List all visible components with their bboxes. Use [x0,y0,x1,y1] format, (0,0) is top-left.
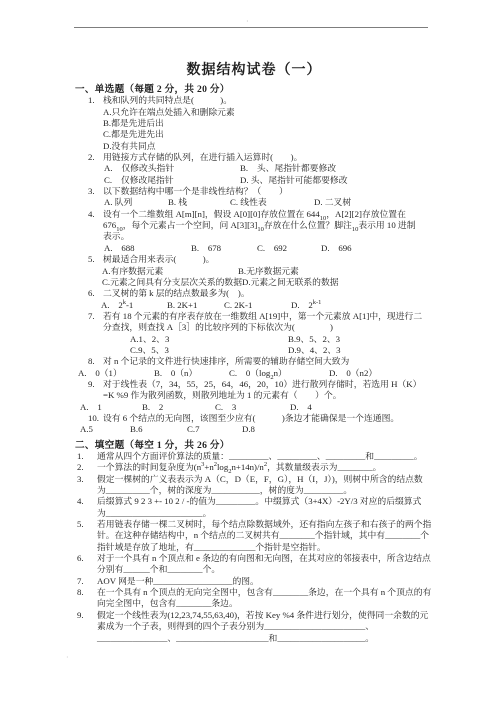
option-label: D.没有共同点 [103,141,403,152]
header-rule [74,27,428,28]
question-text: 用链接方式存储的队列，在进行插入运算时( )。 [103,152,433,163]
question: 1.栈和队列的共同特点是( )。A.只允许在端点处插入和删除元素B.都是先进后出… [75,95,433,152]
option-label: D. 0（n2） [329,368,409,379]
question: 6.对于一个具有 n 个顶点和 e 条边的有向图和无向图，在其对应的邻接表中，所… [75,553,433,576]
option-label: B. 栈 [168,197,230,208]
question-text: 二叉树的第 k 层的结点数最多为( )。 [103,288,433,299]
question-text: 设有 6 个结点的无向图，该图至少应有( )条边才能确保是一个连通图。 [103,413,433,424]
question: 5.树最适合用来表示( )。A.有序数据元素B.无序数据元素C.元素之间具有分支… [75,254,433,288]
option-label: A. 688 [104,243,191,254]
question-number: 8. [75,587,97,610]
question-number: 2. [75,152,103,163]
question-text: 假定一棵树的广义表表示为 A（C，D（E，F，G），H（I，J）)，则树中所含的… [97,474,433,497]
options-row: C.都是先进先出 [103,129,433,140]
option-label: B. 2 [142,402,215,413]
options-row: C. 仅修改尾指针D. 头、尾指针可能都要修改 [104,175,433,186]
question-line: 向完全图中，包含有________条边。 [97,598,433,609]
exam-content: 一、单选题（每题 2 分，共 20 分）1.栈和队列的共同特点是( )。A.只允… [75,84,433,644]
option-label: C.元素之间具有分支层次关系的数据 [102,277,242,288]
options-row: B.都是先进后出 [103,118,433,129]
question-line: 对 n 个记录的文件进行快速排序，所需要的辅助存储空间大致为 [103,356,433,367]
question-line: 假定一个线性表为(12,23,74,55,63,40)，若按 Key %4 条件… [97,610,433,621]
option-label: C. 2K-1 [224,300,291,311]
option-label: A. 2k-1 [101,300,167,311]
option-label: C. 仅修改尾指针 [104,175,240,186]
question-number: 2. [75,462,97,473]
question: 7.若有 18 个元素的有序表存放在一维数组 A[19]中，第一个元素放 A[1… [75,311,433,356]
question-number: 1. [75,95,103,106]
question-line: 假定一棵树的广义表表示为 A（C，D（E，F，G），H（I，J）)，则树中所含的… [97,474,433,485]
exam-section: 一、单选题（每题 2 分，共 20 分）1.栈和队列的共同特点是( )。A.只允… [75,84,433,436]
option-label: A. 0（1） [78,368,154,379]
question-line: 分别有______个和________个。 [97,564,433,575]
options-row: A. 队列B. 栈C. 线性表D. 二叉树 [104,197,433,208]
option-label: C. 线性表 [230,197,314,208]
option-label: A.5 [80,424,130,435]
option-label: B.6 [130,424,187,435]
question-row: 8.对 n 个记录的文件进行快速排序，所需要的辅助存储空间大致为 [75,356,433,367]
question: 7.AOV 网是一种__________________的图。 [75,576,433,587]
question-number: 4. [75,209,103,243]
question-line: 为______________________。 [97,508,433,519]
option-label: D.8 [242,424,287,435]
question-line: AOV 网是一种__________________的图。 [97,576,433,587]
question-row: 9.假定一个线性表为(12,23,74,55,63,40)，若按 Key %4 … [75,610,433,644]
question-number: 9. [75,610,97,644]
question-text: 对于一个具有 n 个顶点和 e 条边的有向图和无向图，在其对应的邻接表中，所含边… [97,553,433,576]
option-label: D.元素之间无联系的数据 [242,277,392,288]
question-number: 6. [75,553,97,576]
question: 1.通常从四个方面评价算法的质量：_________、_________、___… [75,451,433,462]
option-label: A. 队列 [104,197,168,208]
question-text: 在一个具有 n 个顶点的无向完全图中，包含有________条边，在一个具有 n… [97,587,433,610]
option-label: B.9、5、2、3 [288,334,418,345]
question: 5.若用链表存储一棵二叉树时，每个结点除数据域外，还有指向左孩子和右孩子的两个指… [75,519,433,553]
question-line: 对于一个具有 n 个顶点和 e 条边的有向图和无向图，在其对应的邻接表中，所含边… [97,553,433,564]
question-row: 5.树最适合用来表示( )。 [75,254,433,265]
option-label: C.7 [187,424,242,435]
question-row: 10.设有 6 个结点的无向图，该图至少应有( )条边才能确保是一个连通图。 [75,413,433,424]
question-row: 2.用链接方式存储的队列，在进行插入运算时( )。 [75,152,433,163]
option-label: A. 仅修改头指针 [104,163,240,174]
question-text: 设有一个二维数组 A[m][n]，假设 A[0][0]存放位置在 64410，A… [103,209,433,243]
question-row: 6.对于一个具有 n 个顶点和 e 条边的有向图和无向图，在其对应的邻接表中，所… [75,553,433,576]
question-line: 用链接方式存储的队列，在进行插入运算时( )。 [103,152,433,163]
question-line: 树最适合用来表示( )。 [103,254,433,265]
question-line: 以下数据结构中哪一个是非线性结构？（ ） [103,186,433,197]
section-heading: 二、填空题（每空 1 分，共 26 分） [75,440,433,451]
option-label: C. 0（log2n） [229,368,329,379]
question-row: 6.二叉树的第 k 层的结点数最多为( )。 [75,288,433,299]
question: 9.假定一个线性表为(12,23,74,55,63,40)，若按 Key %4 … [75,610,433,644]
option-label: D. 4 [290,402,350,413]
question: 4.后缀算式 9 2 3 +- 10 2 / -的值为_________。中缀算… [75,496,433,519]
question-number: 5. [75,254,103,265]
question-line: 对于线性表（7，34，55，25，64，46，20，10）进行散列存储时，若选用… [103,379,433,390]
question-line: 设有一个二维数组 A[m][n]，假设 A[0][0]存放位置在 64410，A… [103,209,433,220]
question-row: 3.假定一棵树的广义表表示为 A（C，D（E，F，G），H（I，J）)，则树中所… [75,474,433,497]
page-header-mark: · [246,17,249,26]
question-line: 素成为一个子表，则得到的四个子表分别为_____________________… [97,621,433,632]
question-row: 7.AOV 网是一种__________________的图。 [75,576,433,587]
question-text: AOV 网是一种__________________的图。 [97,576,433,587]
exam-section: 二、填空题（每空 1 分，共 26 分）1.通常从四个方面评价算法的质量：___… [75,440,433,644]
question: 9.对于线性表（7，34，55，25，64，46，20，10）进行散列存储时，若… [75,379,433,413]
question-text: 以下数据结构中哪一个是非线性结构？（ ） [103,186,433,197]
question-line: =K %9 作为散列函数，则散列地址为 1 的元素有（ ）个。 [103,390,433,401]
question-text: 栈和队列的共同特点是( )。 [103,95,433,106]
question-text: 若用链表存储一棵二叉树时，每个结点除数据域外，还有指向左孩子和右孩子的两个指针。… [97,519,433,553]
option-label: C.都是先进先出 [103,129,403,140]
question-row: 4.后缀算式 9 2 3 +- 10 2 / -的值为_________。中缀算… [75,496,433,519]
question-text: 若有 18 个元素的有序表存放在一维数组 A[19]中，第一个元素放 A[1]中… [103,311,433,334]
options-row: A.只允许在端点处插入和删除元素 [103,107,433,118]
question-row: 5.若用链表存储一棵二叉树时，每个结点除数据域外，还有指向左孩子和右孩子的两个指… [75,519,433,553]
question-row: 8.在一个具有 n 个顶点的无向完全图中，包含有________条边，在一个具有… [75,587,433,610]
options-row: D.没有共同点 [103,141,433,152]
option-label: B.无序数据元素 [238,266,388,277]
question-line: ________________、_____________________和_… [97,633,433,644]
options-row: A. 仅修改头指针B. 头、尾指针都要修改 [104,163,433,174]
option-label: B. 0（n） [154,368,229,379]
option-label: B.都是先进后出 [103,118,403,129]
question-number: 9. [75,379,103,402]
option-label: C. 692 [257,243,321,254]
question-text: 后缀算式 9 2 3 +- 10 2 / -的值为_________。中缀算式（… [97,496,433,519]
exam-page: · 数据结构试卷（一） 一、单选题（每题 2 分，共 20 分）1.栈和队列的共… [0,0,500,707]
option-label: A. 1 [80,402,142,413]
option-label: D. 头、尾指针可能都要修改 [240,175,420,186]
option-label: B. 头、尾指针都要修改 [240,163,420,174]
question: 8.对 n 个记录的文件进行快速排序，所需要的辅助存储空间大致为A. 0（1）B… [75,356,433,379]
question: 6.二叉树的第 k 层的结点数最多为( )。A. 2k-1B. 2K+1C. 2… [75,288,433,311]
options-row: C.9、5、3D.9、4、2、3 [130,345,433,356]
question-text: 一个算法的时间复杂度为(n3+n2log2n+14n)/n2，其数量级表示为__… [97,462,433,473]
section-heading: 一、单选题（每题 2 分，共 20 分） [75,84,433,95]
option-label: A.只允许在端点处插入和删除元素 [103,107,403,118]
question-row: 9.对于线性表（7，34，55，25，64，46，20，10）进行散列存储时，若… [75,379,433,402]
options-row: A. 1B. 2C. 3D. 4 [80,402,433,413]
question-text: 对于线性表（7，34，55，25，64，46，20，10）进行散列存储时，若选用… [103,379,433,402]
option-label: D. 2k-1 [291,300,351,311]
question-line: 指针域是存放了地址，有______________个指针是空指针。 [97,542,433,553]
question-number: 7. [75,576,97,587]
question-number: 8. [75,356,103,367]
question-line: 后缀算式 9 2 3 +- 10 2 / -的值为_________。中缀算式（… [97,496,433,507]
option-label: C. 3 [215,402,290,413]
question-line: 设有 6 个结点的无向图，该图至少应有( )条边才能确保是一个连通图。 [103,413,433,424]
question-text: 对 n 个记录的文件进行快速排序，所需要的辅助存储空间大致为 [103,356,433,367]
question-line: 若有 18 个元素的有序表存放在一维数组 A[19]中，第一个元素放 A[1]中… [103,311,433,322]
question-line: 为__________个，树的深度为___________，树的度为______… [97,485,433,496]
question-number: 7. [75,311,103,334]
page-footer-mark: · [66,653,69,662]
options-row: A. 0（1）B. 0（n）C. 0（log2n）D. 0（n2） [78,368,433,379]
question-line: 表示。 [103,231,433,242]
question-line: 分查找，则查找 A［3］的比较序列的下标依次为( ) [103,322,433,333]
question-line: 67610，每个元素占一个空间，问 A[3][3]10存放在什么位置？脚注10表… [103,220,433,231]
option-label: B. 2K+1 [167,300,224,311]
options-row: A. 688B. 678C. 692D. 696 [104,243,433,254]
question: 2.用链接方式存储的队列，在进行插入运算时( )。A. 仅修改头指针B. 头、尾… [75,152,433,186]
options-row: A.1、2、3B.9、5、2、3 [130,334,433,345]
question: 4.设有一个二维数组 A[m][n]，假设 A[0][0]存放位置在 64410… [75,209,433,254]
question-number: 10. [75,413,103,424]
options-row: A.5B.6C.7D.8 [80,424,433,435]
option-label: A.有序数据元素 [102,266,238,277]
question: 2.一个算法的时间复杂度为(n3+n2log2n+14n)/n2，其数量级表示为… [75,462,433,473]
option-label: A.1、2、3 [130,334,288,345]
option-label: D.9、4、2、3 [288,345,418,356]
question-row: 3.以下数据结构中哪一个是非线性结构？（ ） [75,186,433,197]
page-title: 数据结构试卷（一） [75,59,433,79]
question-number: 1. [75,451,97,462]
options-row: C.元素之间具有分支层次关系的数据D.元素之间无联系的数据 [102,277,433,288]
question-line: 二叉树的第 k 层的结点数最多为( )。 [103,288,433,299]
question: 10.设有 6 个结点的无向图，该图至少应有( )条边才能确保是一个连通图。A.… [75,413,433,436]
question: 8.在一个具有 n 个顶点的无向完全图中，包含有________条边，在一个具有… [75,587,433,610]
question-number: 6. [75,288,103,299]
question-number: 3. [75,186,103,197]
question-text: 树最适合用来表示( )。 [103,254,433,265]
option-label: B. 678 [191,243,257,254]
question-row: 4.设有一个二维数组 A[m][n]，假设 A[0][0]存放位置在 64410… [75,209,433,243]
question-line: 针。在这种存储结构中，n 个结点的二叉树共有________个指针域，其中有__… [97,530,433,541]
question-row: 1.栈和队列的共同特点是( )。 [75,95,433,106]
options-row: A.有序数据元素B.无序数据元素 [102,266,433,277]
question-line: 栈和队列的共同特点是( )。 [103,95,433,106]
option-label: D. 696 [321,243,381,254]
question-number: 3. [75,474,97,497]
question-number: 5. [75,519,97,553]
question-row: 2.一个算法的时间复杂度为(n3+n2log2n+14n)/n2，其数量级表示为… [75,462,433,473]
question-line: 在一个具有 n 个顶点的无向完全图中，包含有________条边，在一个具有 n… [97,587,433,598]
question-row: 1.通常从四个方面评价算法的质量：_________、_________、___… [75,451,433,462]
options-row: A. 2k-1B. 2K+1C. 2K-1D. 2k-1 [101,300,433,311]
question: 3.假定一棵树的广义表表示为 A（C，D（E，F，G），H（I，J）)，则树中所… [75,474,433,497]
option-label: C.9、5、3 [130,345,288,356]
question-line: 一个算法的时间复杂度为(n3+n2log2n+14n)/n2，其数量级表示为__… [97,462,433,473]
option-label: D. 二叉树 [314,197,384,208]
question-number: 4. [75,496,97,519]
question-text: 假定一个线性表为(12,23,74,55,63,40)，若按 Key %4 条件… [97,610,433,644]
question: 3.以下数据结构中哪一个是非线性结构？（ ）A. 队列B. 栈C. 线性表D. … [75,186,433,209]
question-line: 若用链表存储一棵二叉树时，每个结点除数据域外，还有指向左孩子和右孩子的两个指 [97,519,433,530]
question-row: 7.若有 18 个元素的有序表存放在一维数组 A[19]中，第一个元素放 A[1… [75,311,433,334]
